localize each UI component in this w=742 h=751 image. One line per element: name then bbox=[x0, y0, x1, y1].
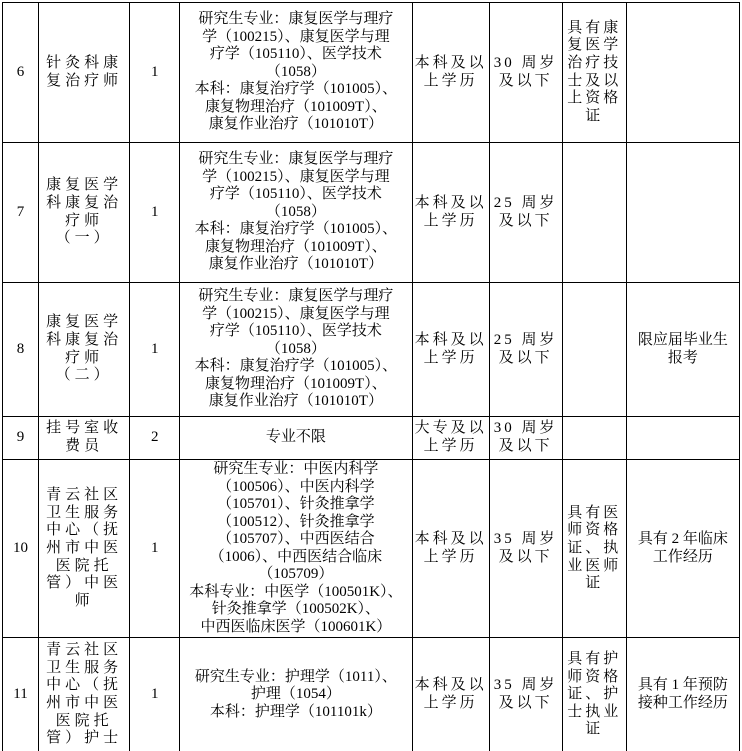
cell-headcount: 1 bbox=[130, 638, 180, 751]
cell-row-number: 8 bbox=[3, 283, 39, 417]
table-row: 10 青云社区 卫生服务 中心（抚 州市中医 医院托 管）中医 师 1 研究生专… bbox=[3, 460, 740, 638]
cell-age-requirement: 30 周岁 及以下 bbox=[489, 417, 562, 460]
cell-position-name: 青云社区 卫生服务 中心（抚 州市中医 医院托 管）中医 师 bbox=[39, 460, 130, 638]
cell-age-requirement: 30 周岁 及以下 bbox=[489, 3, 562, 143]
cell-headcount: 1 bbox=[130, 460, 180, 638]
document-page: 6 针灸科康 复治疗师 1 研究生专业：康复医学与理疗 学（100215）、康复… bbox=[0, 0, 742, 751]
cell-position-name: 康复医学 科康复治 疗师（二） bbox=[39, 283, 130, 417]
recruitment-positions-table: 6 针灸科康 复治疗师 1 研究生专业：康复医学与理疗 学（100215）、康复… bbox=[2, 2, 740, 751]
cell-certificate-requirement: 具有医 师资格 证、执 业医师 证 bbox=[562, 460, 626, 638]
cell-row-number: 6 bbox=[3, 3, 39, 143]
cell-major-requirements: 研究生专业：护理学（1011）、 护理（1054） 本科：护理学（101101k… bbox=[180, 638, 412, 751]
cell-row-number: 11 bbox=[3, 638, 39, 751]
cell-education-requirement: 大专及以 上学历 bbox=[412, 417, 489, 460]
table-row: 9 挂号室收 费员 2 专业不限 大专及以 上学历 30 周岁 及以下 bbox=[3, 417, 740, 460]
cell-education-requirement: 本科及以 上学历 bbox=[412, 3, 489, 143]
cell-education-requirement: 本科及以 上学历 bbox=[412, 460, 489, 638]
cell-certificate-requirement bbox=[562, 143, 626, 283]
cell-position-name: 挂号室收 费员 bbox=[39, 417, 130, 460]
cell-certificate-requirement bbox=[562, 283, 626, 417]
cell-age-requirement: 35 周岁 及以下 bbox=[489, 638, 562, 751]
cell-certificate-requirement: 具有护 师资格 证、护 士执业 证 bbox=[562, 638, 626, 751]
cell-age-requirement: 35 周岁 及以下 bbox=[489, 460, 562, 638]
table-row: 11 青云社区 卫生服务 中心（抚 州市中医 医院托 管）护士 1 研究生专业：… bbox=[3, 638, 740, 751]
cell-major-requirements: 专业不限 bbox=[180, 417, 412, 460]
cell-other-requirement bbox=[626, 3, 739, 143]
cell-other-requirement: 具有 1 年预防 接种工作经历 bbox=[626, 638, 739, 751]
cell-major-requirements: 研究生专业：中医内科学 （100506）、中医内科学 （105701）、针灸推拿… bbox=[180, 460, 412, 638]
cell-headcount: 1 bbox=[130, 283, 180, 417]
cell-major-requirements: 研究生专业：康复医学与理疗 学（100215）、康复医学与理 疗学（105110… bbox=[180, 283, 412, 417]
table-row: 6 针灸科康 复治疗师 1 研究生专业：康复医学与理疗 学（100215）、康复… bbox=[3, 3, 740, 143]
cell-headcount: 1 bbox=[130, 3, 180, 143]
cell-other-requirement bbox=[626, 417, 739, 460]
cell-other-requirement: 限应届毕业生 报考 bbox=[626, 283, 739, 417]
cell-position-name: 针灸科康 复治疗师 bbox=[39, 3, 130, 143]
cell-other-requirement: 具有 2 年临床 工作经历 bbox=[626, 460, 739, 638]
cell-row-number: 10 bbox=[3, 460, 39, 638]
table-row: 8 康复医学 科康复治 疗师（二） 1 研究生专业：康复医学与理疗 学（1002… bbox=[3, 283, 740, 417]
cell-age-requirement: 25 周岁 及以下 bbox=[489, 143, 562, 283]
cell-major-requirements: 研究生专业：康复医学与理疗 学（100215）、康复医学与理 疗学（105110… bbox=[180, 3, 412, 143]
cell-row-number: 9 bbox=[3, 417, 39, 460]
cell-other-requirement bbox=[626, 143, 739, 283]
cell-headcount: 2 bbox=[130, 417, 180, 460]
cell-major-requirements: 研究生专业：康复医学与理疗 学（100215）、康复医学与理 疗学（105110… bbox=[180, 143, 412, 283]
cell-education-requirement: 本科及以 上学历 bbox=[412, 638, 489, 751]
cell-position-name: 青云社区 卫生服务 中心（抚 州市中医 医院托 管）护士 bbox=[39, 638, 130, 751]
cell-certificate-requirement bbox=[562, 417, 626, 460]
cell-education-requirement: 本科及以 上学历 bbox=[412, 283, 489, 417]
cell-headcount: 1 bbox=[130, 143, 180, 283]
cell-row-number: 7 bbox=[3, 143, 39, 283]
cell-age-requirement: 25 周岁 及以下 bbox=[489, 283, 562, 417]
cell-education-requirement: 本科及以 上学历 bbox=[412, 143, 489, 283]
table-row: 7 康复医学 科康复治 疗师（一） 1 研究生专业：康复医学与理疗 学（1002… bbox=[3, 143, 740, 283]
cell-certificate-requirement: 具有康 复医学 治疗技 士及以 上资格 证 bbox=[562, 3, 626, 143]
cell-position-name: 康复医学 科康复治 疗师（一） bbox=[39, 143, 130, 283]
